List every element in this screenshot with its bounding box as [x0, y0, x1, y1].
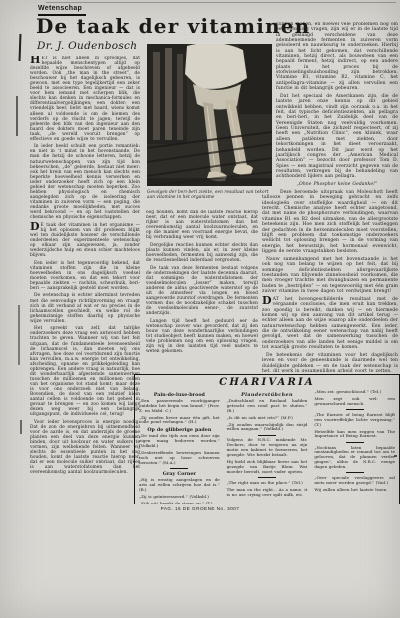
divider — [258, 477, 276, 478]
charivaria-item: „Desbetreffende beweringen kunnen toch n… — [139, 451, 220, 466]
charivaria-item: „Over speciale verslaggevers zal niets m… — [314, 476, 395, 486]
charivaria-subheading: Plauderstübchen — [227, 393, 308, 398]
beriberi-figure: Gevolgen der beri-beri ziekte, een resul… — [147, 44, 272, 199]
charivaria-item: „Hij is ernstig aangeslagen en de arts z… — [139, 478, 220, 493]
charivaria-item: Hij hield zich blijkbaar liever aan het … — [227, 460, 308, 475]
beriberi-photo — [147, 44, 272, 186]
paragraph: Langen tijd heeft het geduurd eer de wet… — [146, 319, 258, 354]
article-author: Dr. J. Oudenbosch — [37, 40, 137, 52]
quote-line: „Ohne Phosphor keine Gedanke!” — [262, 182, 398, 187]
paragraph: DAT het bovengeschilderde resultaat met … — [262, 297, 398, 350]
figure-caption: Gevolgen der beri-beri ziekte, een resul… — [147, 189, 272, 199]
charivaria-section: CHARIVARIA Pain-de-luxe-brood „Een passe… — [134, 374, 400, 504]
charivaria-title: CHARIVARIA — [139, 377, 395, 388]
charivaria-item: The man on the right... As a name, it is… — [227, 488, 308, 498]
page-footer: PAG. 16 DE GROENE No. 3007 — [0, 506, 400, 511]
charivaria-column-1: Pain-de-luxe-brood „Een passeerende voor… — [139, 390, 220, 504]
charivaria-subheading: Gray Corner — [139, 472, 220, 477]
magazine-page-scan: Wetenschap De taak der vitaminen Dr. J. … — [0, 0, 400, 618]
charivaria-item: Men zegt ook wel: een gewaarschuwd mensc… — [314, 397, 395, 407]
article-column-1: HET is niet alleen in sprookjes, dat bep… — [30, 56, 140, 508]
charivaria-item: Hetzelfde kan men zeggen van The Importa… — [314, 430, 395, 440]
charivaria-item: Wij zullen alleen het laatste lezen. — [314, 488, 395, 493]
charivaria-item: Volgens de N.R.C. miskende Mr. Deckers, … — [227, 438, 308, 457]
paragraph: Dergelijke reacties kunnen echter slecht… — [146, 243, 258, 263]
charivaria-item: „De tand des tijds zou eens door zijn ei… — [139, 434, 220, 449]
paragraph: kunnen maken, en hoewel vele problemen n… — [262, 22, 398, 91]
charivaria-item: „Zij zouden liever maar één gift, het vo… — [139, 416, 220, 426]
divider — [346, 409, 364, 410]
paragraph: Voor ieder levensproces is energie noodi… — [30, 420, 140, 476]
paragraph: De beteekenis der vitaminen voor het dag… — [262, 353, 398, 372]
charivaria-subheading: Pain-de-luxe-brood — [139, 393, 220, 398]
divider — [258, 435, 276, 436]
paragraph: Een ieder is het tegenwoordig bekend, da… — [30, 261, 140, 291]
paragraph: DE taak der vitaminen in het organisme —… — [30, 223, 140, 258]
charivaria-columns: Pain-de-luxe-brood „Een passeerende voor… — [139, 390, 395, 504]
charivaria-item: „Men zei: geruischloosd.” (Tel.) — [314, 390, 395, 395]
paragraph: Nauw samenhangend met het bovenstaande i… — [262, 257, 398, 294]
charivaria-subheading: Op de glibberige paden — [139, 428, 220, 433]
article-column-2: oog houden, komt dan de laatste reactie … — [146, 210, 258, 371]
charivaria-item: „Is dit nu ook niet iets?” (M.P.) — [227, 416, 308, 421]
charivaria-item: „The Earnest of being Earnest blijft een… — [314, 413, 395, 428]
charivaria-item: „Zij zouden waarschijnlijk den strijd wi… — [227, 423, 308, 433]
charivaria-item: „Duitschland en Rusland hadden getracht … — [227, 399, 308, 414]
paragraph: In ieder beeld schuilt een portie romant… — [30, 144, 140, 220]
scan-artifact — [18, 305, 20, 365]
photo-wrap-spacer — [262, 22, 276, 194]
divider — [346, 442, 364, 443]
scan-artifact — [16, 96, 18, 136]
charivaria-column-2: Plauderstübchen „Duitschland en Rusland … — [227, 390, 308, 504]
paragraph: Het spreekt van zelf, dat talrijke onder… — [30, 326, 140, 417]
paragraph: HET is niet alleen in sprookjes, dat bep… — [30, 56, 140, 142]
divider — [170, 468, 188, 469]
charivaria-item: „Kijk uit! breekt de storm op.” (T.) — [139, 502, 220, 504]
charivaria-item: „The right man on the place.” (Tel.) — [227, 481, 308, 486]
charivaria-item: „Nochtans laten bepaalde omstandigheden … — [314, 446, 395, 470]
paragraph: De wetenschap is echter allerminst tevre… — [30, 293, 140, 323]
paragraph: oog houden, komt dan de laatste reactie … — [146, 210, 258, 240]
paragraph: Deze beroemde uitspraak van Moleschott h… — [262, 190, 398, 254]
charivaria-column-3: „Men zei: geruischloosd.” (Tel.) Men zeg… — [314, 390, 395, 504]
article-column-3: kunnen maken, en hoewel vele problemen n… — [262, 22, 398, 372]
divider — [346, 472, 364, 473]
paragraph: Dat het speciaal de Amerikanen zijn, die… — [262, 94, 398, 180]
charivaria-item: „Zij is geïnteresseerd.” (Volksbl.) — [139, 495, 220, 500]
charivaria-item: „Een passeerende voorbijganger ontdekte … — [139, 399, 220, 414]
paragraph: De taak van deze fermenten bestaat volge… — [146, 266, 258, 316]
scan-edge-line — [46, 2, 396, 3]
scan-artifact — [20, 420, 22, 434]
scan-artifact — [19, 34, 22, 61]
